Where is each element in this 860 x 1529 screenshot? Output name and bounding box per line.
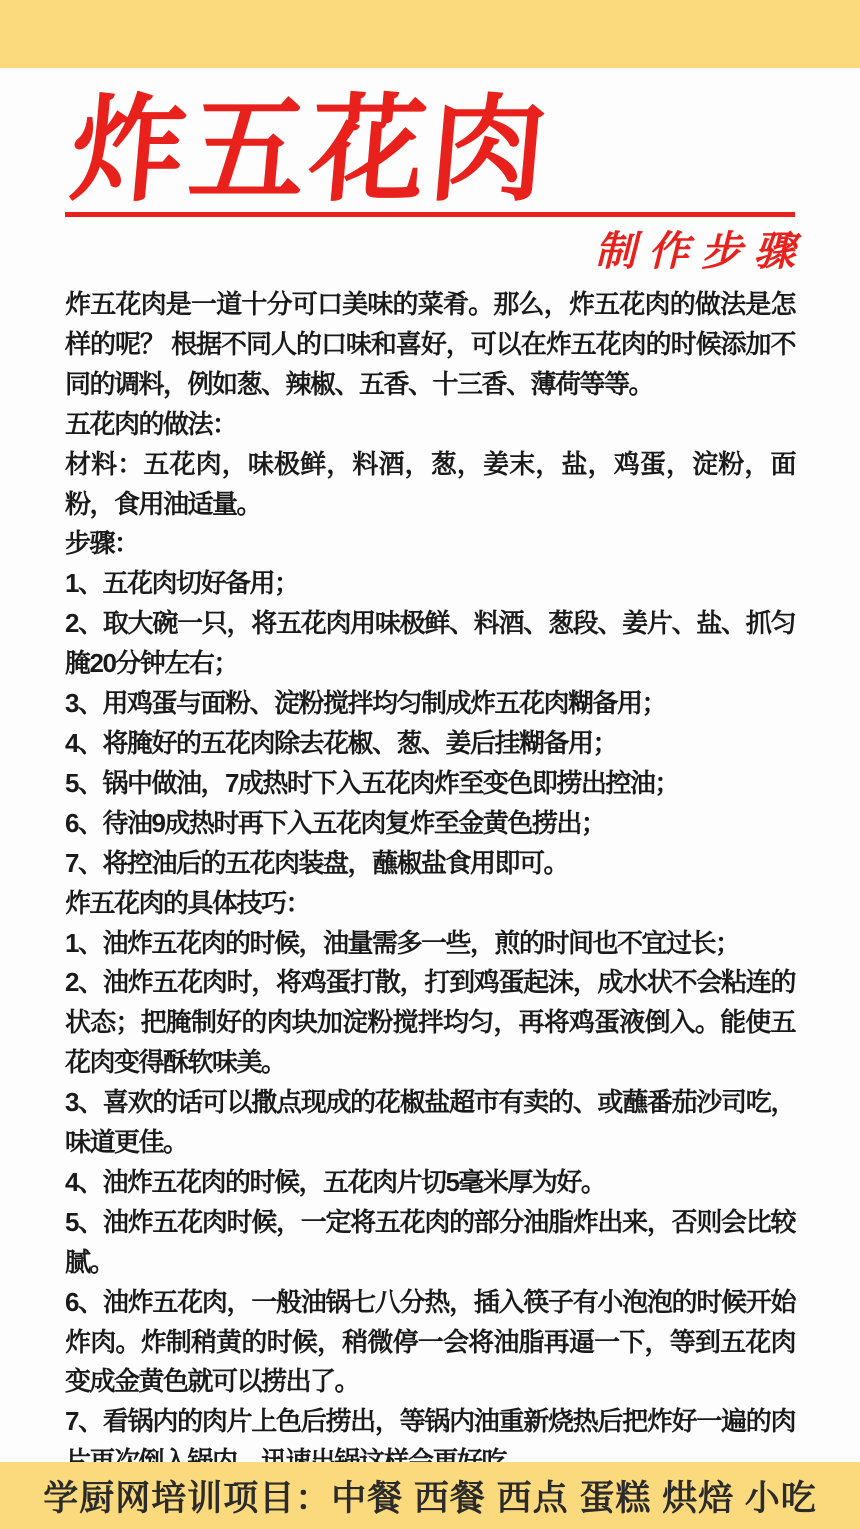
recipe-paragraph: 五花肉的做法： <box>65 405 795 445</box>
recipe-paragraph: 1、五花肉切好备用； <box>65 564 795 604</box>
recipe-paragraph: 2、油炸五花肉时，将鸡蛋打散，打到鸡蛋起沫，成水状不会粘连的状态；把腌制好的肉块… <box>65 963 795 1083</box>
recipe-paragraph: 材料：五花肉，味极鲜，料酒，葱，姜末，盐，鸡蛋，淀粉，面粉，食用油适量。 <box>65 445 795 525</box>
recipe-paragraph: 6、待油9成热时再下入五花肉复炸至金黄色捞出； <box>65 804 795 844</box>
recipe-body: 炸五花肉是一道十分可口美味的菜肴。那么，炸五花肉的做法是怎样的呢？ 根据不同人的… <box>65 285 795 1482</box>
recipe-paragraph: 4、将腌好的五花肉除去花椒、葱、姜后挂糊备用； <box>65 724 795 764</box>
recipe-paragraph: 3、用鸡蛋与面粉、淀粉搅拌均匀制成炸五花肉糊备用； <box>65 684 795 724</box>
recipe-paragraph: 1、油炸五花肉的时候，油量需多一些，煎的时间也不宜过长； <box>65 924 795 964</box>
recipe-paragraph: 4、油炸五花肉的时候，五花肉片切5毫米厚为好。 <box>65 1163 795 1203</box>
recipe-paragraph: 2、取大碗一只，将五花肉用味极鲜、料酒、葱段、姜片、盐、抓匀腌20分钟左右； <box>65 604 795 684</box>
poster-content: 炸五花肉 制作步骤 炸五花肉是一道十分可口美味的菜肴。那么，炸五花肉的做法是怎样… <box>0 68 860 1482</box>
recipe-paragraph: 3、喜欢的话可以撒点现成的花椒盐超市有卖的、或蘸番茄沙司吃，味道更佳。 <box>65 1083 795 1163</box>
top-banner <box>0 0 860 68</box>
recipe-paragraph: 5、锅中做油，7成热时下入五花肉炸至变色即捞出控油； <box>65 764 795 804</box>
recipe-poster: 炸五花肉 制作步骤 炸五花肉是一道十分可口美味的菜肴。那么，炸五花肉的做法是怎样… <box>0 0 860 1529</box>
recipe-paragraph: 步骤： <box>65 524 795 564</box>
recipe-paragraph: 炸五花肉是一道十分可口美味的菜肴。那么，炸五花肉的做法是怎样的呢？ 根据不同人的… <box>65 285 795 405</box>
subtitle-steps-label: 制作步骤 <box>65 229 807 273</box>
recipe-paragraph: 6、油炸五花肉，一般油锅七八分热，插入筷子有小泡泡的时候开始炸肉。炸制稍黄的时候… <box>65 1283 795 1403</box>
footer-text: 学厨网培训项目：中餐 西餐 西点 蛋糕 烘焙 小吃 <box>43 1471 817 1521</box>
footer-banner: 学厨网培训项目：中餐 西餐 西点 蛋糕 烘焙 小吃 <box>0 1462 860 1529</box>
recipe-paragraph: 炸五花肉的具体技巧： <box>65 884 795 924</box>
recipe-paragraph: 5、油炸五花肉时候，一定将五花肉的部分油脂炸出来，否则会比较腻。 <box>65 1203 795 1283</box>
recipe-paragraph: 7、将控油后的五花肉装盘，蘸椒盐食用即可。 <box>65 844 795 884</box>
recipe-title: 炸五花肉 <box>65 94 805 206</box>
